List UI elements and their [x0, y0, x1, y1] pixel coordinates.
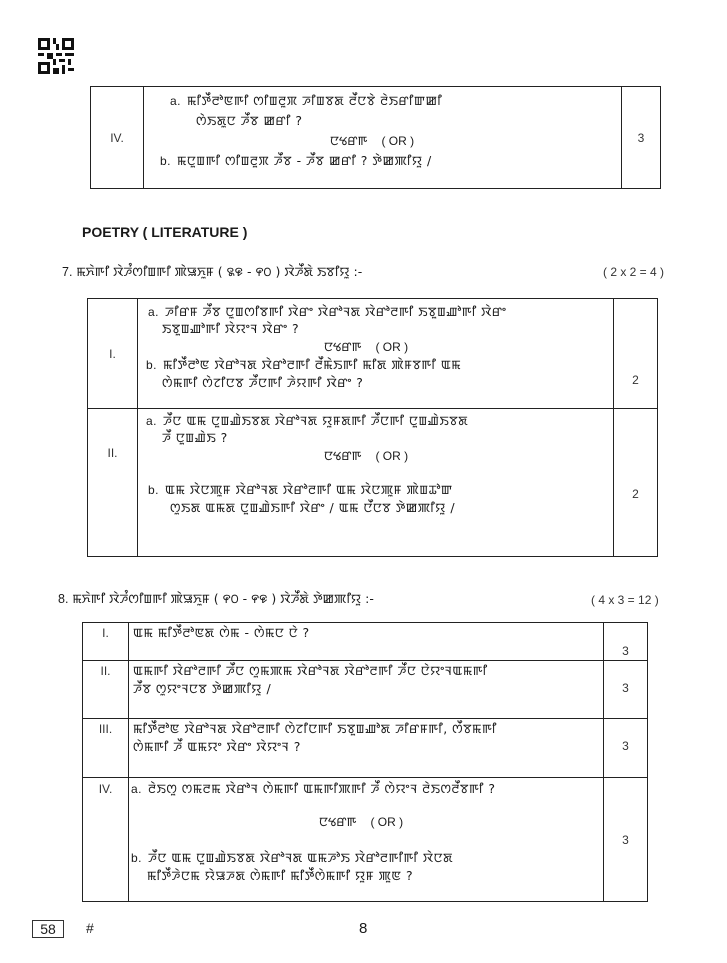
question-number: I.	[88, 299, 138, 409]
question-body: ꯑꯃꯒꯤ ꯋꯥꯔꯣꯂꯒꯤ ꯍꯩꯅ ꯁꯨꯃꯄꯃ ꯋꯥꯔꯣꯜꯗ ꯋꯥꯔꯣꯂꯒꯤ ꯍꯩ…	[129, 661, 604, 719]
option-b: b.ꯍꯩꯅ ꯑꯃ ꯅꯨꯡꯉꯥꯏꯕꯗ ꯋꯥꯔꯣꯜꯗ ꯑꯃꯍꯣꯏ ꯋꯥꯔꯣꯂꯒꯤꯒꯤ…	[131, 850, 453, 867]
qr-code-icon	[38, 38, 74, 74]
option-a: a.ꯃꯤꯇꯩꯂꯣꯟꯒꯤ ꯁꯤꯡꯂꯨꯞ ꯍꯤꯡꯕꯗ ꯂꯩꯅꯕꯥ ꯂꯥꯏꯔꯤꯛꯀꯤ	[170, 93, 442, 110]
question-text: ꯑꯃ ꯃꯤꯇꯩꯂꯣꯟꯗ ꯁꯥꯃ - ꯁꯥꯃꯅ ꯅꯥ ?	[133, 625, 310, 642]
option-b-line2: ꯃꯤꯇꯩꯍꯥꯅꯃ ꯌꯥꯎꯍꯗ ꯁꯥꯃꯒꯤ ꯃꯤꯇꯩꯁꯥꯃꯒꯤ ꯌꯨꯝ ꯄꯨꯟ ?	[147, 868, 413, 885]
question-8-table: I. ꯑꯃ ꯃꯤꯇꯩꯂꯣꯟꯗ ꯁꯥꯃ - ꯁꯥꯃꯅ ꯅꯥ ? 3 II. ꯑꯃꯒ…	[82, 622, 648, 902]
question-number: II.	[83, 661, 129, 719]
or-separator: ꯅꯠꯔꯒ( OR )	[319, 814, 403, 831]
option-b: b.ꯃꯤꯇꯩꯂꯣꯟ ꯋꯥꯔꯣꯜꯗ ꯋꯥꯔꯣꯂꯒꯤ ꯂꯩꯃꯥꯏꯒꯤ ꯃꯤꯗ ꯄꯥꯝ…	[146, 357, 461, 374]
or-separator: ꯅꯠꯔꯒ( OR )	[324, 339, 408, 356]
or-separator: ꯅꯠꯔꯒ( OR )	[330, 133, 414, 150]
question-8-heading: 8. ꯃꯈꯥꯒꯤ ꯋꯥꯍꯪꯁꯤꯡꯒꯤ ꯄꯥꯎꯈꯨꯝ ( ꯵꯰ - ꯵꯶ ) ꯋꯥ…	[58, 591, 374, 608]
option-a-line2: ꯁꯥꯏꯗꯨꯅ ꯍꯩꯕ ꯀꯔꯤ ?	[196, 113, 302, 130]
question-body: a.ꯃꯤꯇꯩꯂꯣꯟꯒꯤ ꯁꯤꯡꯂꯨꯞ ꯍꯤꯡꯕꯗ ꯂꯩꯅꯕꯥ ꯂꯥꯏꯔꯤꯛꯀꯤ …	[144, 87, 622, 189]
option-b-line2: ꯁꯨꯏꯗ ꯑꯃꯗ ꯅꯨꯡꯉꯥꯏꯒꯤ ꯋꯥꯔꯦ / ꯑꯃ ꯅꯩꯅꯕ ꯇꯥꯀꯄꯤꯌꯨ…	[170, 500, 455, 517]
question-number: IV.	[83, 778, 129, 902]
question-number: III.	[83, 719, 129, 778]
marks-cell: 3	[604, 778, 648, 902]
option-a: a.ꯍꯩꯅ ꯑꯃ ꯅꯨꯡꯉꯥꯏꯕꯗ ꯋꯥꯔꯣꯜꯗ ꯌꯨꯝꯗꯒꯤ ꯍꯩꯅꯒꯤ ꯅꯨ…	[146, 413, 468, 430]
option-a: a.ꯍꯤꯔꯝ ꯍꯩꯕ ꯅꯨꯡꯁꯤꯕꯒꯤ ꯋꯥꯔꯦ ꯋꯥꯔꯣꯜꯗ ꯋꯥꯔꯣꯂꯒꯤ …	[148, 304, 506, 321]
question-body: ꯃꯤꯇꯩꯂꯣꯟ ꯋꯥꯔꯣꯜꯗ ꯋꯥꯔꯣꯂꯒꯤ ꯁꯥꯖꯤꯅꯒꯤ ꯏꯕꯨꯡꯉꯣꯗ ꯍ…	[129, 719, 604, 778]
question-text-line2: ꯁꯥꯃꯒꯤ ꯍꯩ ꯑꯃꯌꯦ ꯋꯥꯔꯦ ꯋꯥꯌꯦꯜ ?	[133, 739, 301, 756]
question-number: IV.	[91, 87, 144, 189]
section-title: POETRY ( LITERATURE )	[82, 224, 247, 240]
question-8-marks: ( 4 x 3 = 12 )	[591, 593, 659, 607]
question-number: I.	[83, 623, 129, 661]
page-code-box: 58	[32, 920, 64, 938]
or-separator: ꯅꯠꯔꯒ( OR )	[324, 448, 408, 465]
question-body: a.ꯂꯥꯏꯁꯨ ꯁꯃꯂꯃ ꯋꯥꯔꯣꯜ ꯁꯥꯃꯒꯤ ꯑꯃꯒꯤꯄꯒꯤ ꯍꯩ ꯁꯥꯌꯦ…	[129, 778, 604, 902]
marks-cell: 3	[604, 623, 648, 661]
option-b: b.ꯑꯃ ꯋꯥꯅꯄꯨꯝ ꯋꯥꯔꯣꯜꯗ ꯋꯥꯔꯣꯂꯒꯤ ꯑꯃ ꯋꯥꯅꯄꯨꯝ ꯄꯥꯡ…	[148, 482, 453, 499]
question-body: a.ꯍꯤꯔꯝ ꯍꯩꯕ ꯅꯨꯡꯁꯤꯕꯒꯤ ꯋꯥꯔꯦ ꯋꯥꯔꯣꯜꯗ ꯋꯥꯔꯣꯂꯒꯤ …	[138, 299, 614, 409]
option-a-line2: ꯏꯕꯨꯡꯉꯣꯒꯤ ꯋꯥꯌꯦꯜ ꯋꯥꯔꯦ ?	[162, 321, 299, 338]
question-7-table: I. a.ꯍꯤꯔꯝ ꯍꯩꯕ ꯅꯨꯡꯁꯤꯕꯒꯤ ꯋꯥꯔꯦ ꯋꯥꯔꯣꯜꯗ ꯋꯥꯔꯣꯂ…	[87, 298, 658, 557]
option-a: a.ꯂꯥꯏꯁꯨ ꯁꯃꯂꯃ ꯋꯥꯔꯣꯜ ꯁꯥꯃꯒꯤ ꯑꯃꯒꯤꯄꯒꯤ ꯍꯩ ꯁꯥꯌꯦ…	[131, 781, 496, 798]
question-text: ꯃꯤꯇꯩꯂꯣꯟ ꯋꯥꯔꯣꯜꯗ ꯋꯥꯔꯣꯂꯒꯤ ꯁꯥꯖꯤꯅꯒꯤ ꯏꯕꯨꯡꯉꯣꯗ ꯍ…	[133, 721, 497, 738]
table-row: I. ꯑꯃ ꯃꯤꯇꯩꯂꯣꯟꯗ ꯁꯥꯃ - ꯁꯥꯃꯅ ꯅꯥ ? 3	[83, 623, 648, 661]
table-row: I. a.ꯍꯤꯔꯝ ꯍꯩꯕ ꯅꯨꯡꯁꯤꯕꯒꯤ ꯋꯥꯔꯦ ꯋꯥꯔꯣꯜꯗ ꯋꯥꯔꯣꯂ…	[88, 299, 658, 409]
question-body: a.ꯍꯩꯅ ꯑꯃ ꯅꯨꯡꯉꯥꯏꯕꯗ ꯋꯥꯔꯣꯜꯗ ꯌꯨꯝꯗꯒꯤ ꯍꯩꯅꯒꯤ ꯅꯨ…	[138, 409, 614, 557]
marks-cell: 2	[614, 409, 658, 557]
question-number: II.	[88, 409, 138, 557]
option-b-line2: ꯁꯥꯃꯒꯤ ꯁꯥꯖꯤꯅꯕ ꯍꯩꯅꯒꯤ ꯍꯥꯌꯒꯤ ꯋꯥꯔꯦ ?	[162, 375, 363, 392]
question-text-line2: ꯍꯩꯕ ꯁꯨꯌꯦꯜꯅꯕ ꯇꯥꯀꯄꯤꯌꯨ /	[133, 681, 271, 698]
marks-cell: 2	[614, 299, 658, 409]
table-row: II. a.ꯍꯩꯅ ꯑꯃ ꯅꯨꯡꯉꯥꯏꯕꯗ ꯋꯥꯔꯣꯜꯗ ꯌꯨꯝꯗꯒꯤ ꯍꯩꯅꯒ…	[88, 409, 658, 557]
question-text: ꯑꯃꯒꯤ ꯋꯥꯔꯣꯂꯒꯤ ꯍꯩꯅ ꯁꯨꯃꯄꯃ ꯋꯥꯔꯣꯜꯗ ꯋꯥꯔꯣꯂꯒꯤ ꯍꯩ…	[133, 663, 488, 680]
page-number: 8	[359, 920, 367, 937]
question-body: ꯑꯃ ꯃꯤꯇꯩꯂꯣꯟꯗ ꯁꯥꯃ - ꯁꯥꯃꯅ ꯅꯥ ?	[129, 623, 604, 661]
option-b: b.ꯃꯅꯨꯡꯒꯤ ꯁꯤꯡꯂꯨꯞ ꯍꯩꯕ - ꯍꯩꯕ ꯀꯔꯤ ? ꯇꯥꯀꯄꯤꯌꯨ …	[160, 153, 432, 170]
table-row: IV. a.ꯂꯥꯏꯁꯨ ꯁꯃꯂꯃ ꯋꯥꯔꯣꯜ ꯁꯥꯃꯒꯤ ꯑꯃꯒꯤꯄꯒꯤ ꯍꯩ …	[83, 778, 648, 902]
question-7-heading: 7. ꯃꯈꯥꯒꯤ ꯋꯥꯍꯪꯁꯤꯡꯒꯤ ꯄꯥꯎꯈꯨꯝ ( ꯲꯶ - ꯵꯰ ) ꯋꯥ…	[62, 264, 362, 281]
hash-mark: #	[86, 920, 94, 936]
marks-cell: 3	[604, 661, 648, 719]
marks-cell: 3	[622, 87, 661, 189]
table-row: II. ꯑꯃꯒꯤ ꯋꯥꯔꯣꯂꯒꯤ ꯍꯩꯅ ꯁꯨꯃꯄꯃ ꯋꯥꯔꯣꯜꯗ ꯋꯥꯔꯣꯂꯒ…	[83, 661, 648, 719]
table-row: III. ꯃꯤꯇꯩꯂꯣꯟ ꯋꯥꯔꯣꯜꯗ ꯋꯥꯔꯣꯂꯒꯤ ꯁꯥꯖꯤꯅꯒꯤ ꯏꯕꯨꯡ…	[83, 719, 648, 778]
question-7-marks: ( 2 x 2 = 4 )	[603, 265, 664, 279]
marks-cell: 3	[604, 719, 648, 778]
option-a-line2: ꯍꯩ ꯅꯨꯡꯉꯥꯏ ?	[162, 430, 228, 447]
question-6-iv-table: IV. a.ꯃꯤꯇꯩꯂꯣꯟꯒꯤ ꯁꯤꯡꯂꯨꯞ ꯍꯤꯡꯕꯗ ꯂꯩꯅꯕꯥ ꯂꯥꯏꯔꯤ…	[90, 86, 661, 189]
